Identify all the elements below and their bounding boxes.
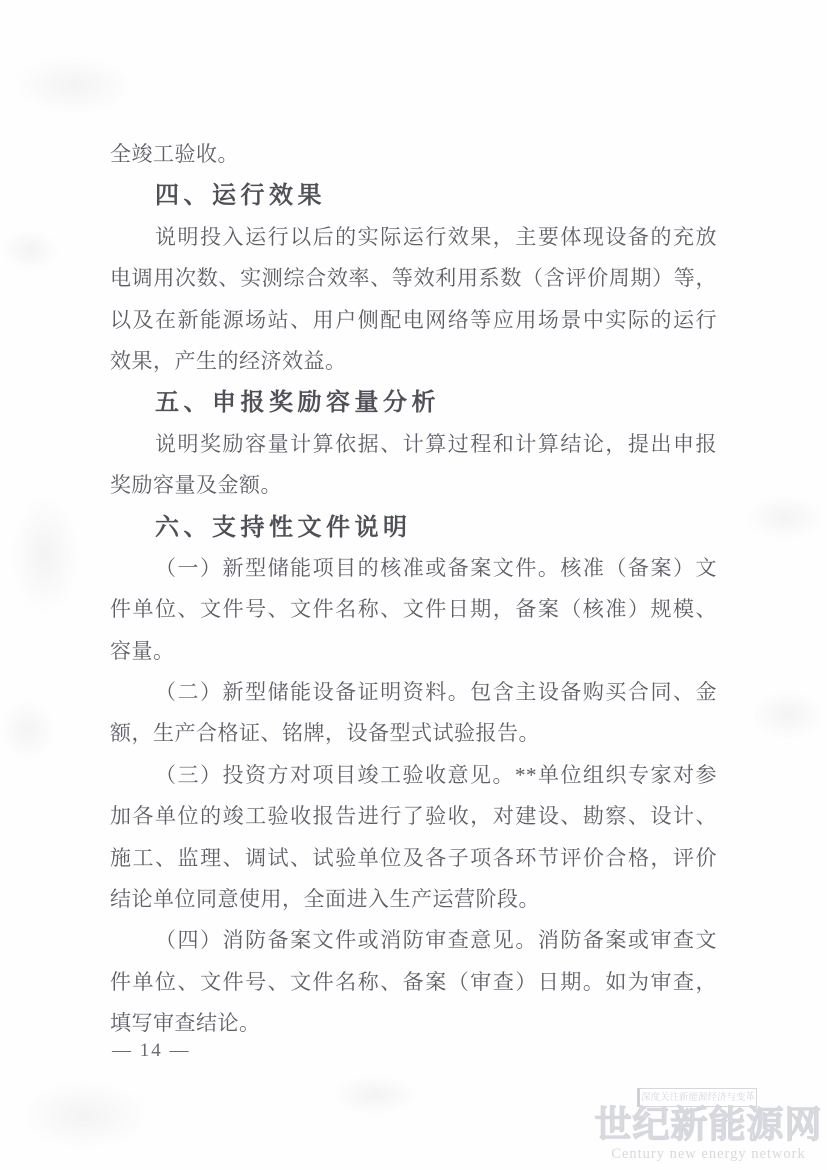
text-line: 施工、监理、调试、试验单位及各子项各环节评价合格，评价 (110, 838, 717, 879)
watermark-title: 世纪新能源网 (590, 1105, 827, 1145)
text-line: 说明投入运行以后的实际运行效果，主要体现设备的充放 (110, 217, 717, 258)
text-line: 额，生产合格证、铭牌，设备型式试验报告。 (110, 713, 717, 754)
text-line: 结论单位同意使用，全面进入生产运营阶段。 (110, 879, 717, 920)
page-number: — 14 — (112, 1040, 191, 1062)
text-line: 以及在新能源场站、用户侧配电网络等应用场景中实际的运行 (110, 300, 717, 341)
text-line: 件单位、文件号、文件名称、备案（审查）日期。如为审查， (110, 962, 717, 1003)
scan-artifact (330, 1075, 420, 1115)
scan-artifact (10, 495, 80, 615)
text-line: 奖励容量及金额。 (110, 465, 717, 506)
watermark-subtitle: Century new energy network (590, 1146, 827, 1163)
text-line: 填写审查结论。 (110, 1003, 717, 1044)
document-page: 全竣工验收。 四、运行效果 说明投入运行以后的实际运行效果，主要体现设备的充放 … (0, 0, 827, 1170)
scan-artifact (0, 230, 60, 270)
scan-artifact (20, 1080, 150, 1150)
text-line: 效果，产生的经济效益。 (110, 341, 717, 382)
section-heading: 五、申报奖励容量分析 (110, 382, 717, 423)
text-line: （二）新型储能设备证明资料。包含主设备购买合同、金 (110, 672, 717, 713)
section-heading: 四、运行效果 (110, 175, 717, 216)
scan-artifact (745, 495, 825, 540)
text-line: （一）新型储能项目的核准或备案文件。核准（备案）文 (110, 548, 717, 589)
text-line: 加各单位的竣工验收报告进行了验收，对建设、勘察、设计、 (110, 796, 717, 837)
site-watermark: 深度关注新能源经济与变革 世纪新能源网 Century new energy n… (590, 1084, 827, 1170)
text-line: 说明奖励容量计算依据、计算过程和计算结论，提出申报 (110, 424, 717, 465)
text-line: 电调用次数、实测综合效率、等效利用系数（含评价周期）等， (110, 258, 717, 299)
text-line: （四）消防备案文件或消防审查意见。消防备案或审查文 (110, 920, 717, 961)
text-line: （三）投资方对项目竣工验收意见。**单位组织专家对参 (110, 755, 717, 796)
scan-artifact (0, 700, 55, 760)
text-line: 件单位、文件号、文件名称、文件日期，备案（核准）规模、 (110, 589, 717, 630)
scan-artifact (750, 690, 825, 740)
text-line: 全竣工验收。 (110, 134, 717, 175)
text-line: 容量。 (110, 631, 717, 672)
section-heading: 六、支持性文件说明 (110, 507, 717, 548)
scan-artifact (14, 55, 134, 115)
document-body: 全竣工验收。 四、运行效果 说明投入运行以后的实际运行效果，主要体现设备的充放 … (110, 134, 717, 1045)
